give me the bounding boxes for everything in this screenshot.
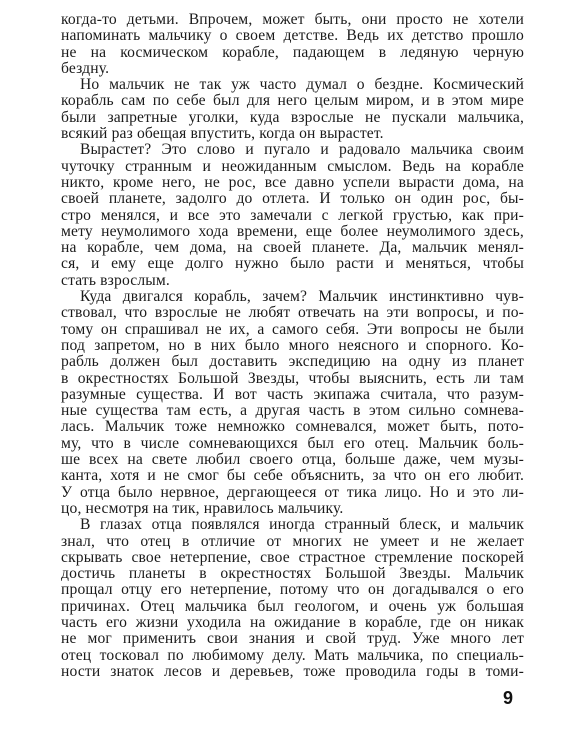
text-line: под запретом, но в них было много неясно…: [61, 338, 524, 354]
page-number: 9: [503, 688, 513, 709]
text-line: тому он спрашивал не их, а самого себя. …: [61, 322, 524, 338]
paragraph: Вырастет? Это слово и пугало и радовало …: [61, 142, 524, 289]
text-line: никто, кроме него, не рос, все давно усп…: [61, 175, 524, 191]
text-line: всякий раз обещая впустить, когда он выр…: [61, 126, 524, 142]
text-line: мету неумолимого хода времени, еще более…: [61, 224, 524, 240]
text-line: цо, несмотря на тик, нравилось мальчику.: [61, 501, 524, 517]
text-line: ные существа там есть, а другая часть в …: [61, 403, 524, 419]
paragraph: Но мальчик не так уж часто думал о бездн…: [61, 77, 524, 142]
text-line: чуточку странным и неожиданным смыслом. …: [61, 159, 524, 175]
text-line: достичь планеты в окрестностях Большой З…: [61, 566, 524, 582]
text-line: Куда двигался корабль, зачем? Мальчик ин…: [61, 289, 524, 305]
text-line: знал, что отец в отличие от многих не ум…: [61, 534, 524, 550]
text-line: в окрестностях Большой Звезды, чтобы выя…: [61, 371, 524, 387]
text-line: не мог применить свои знания и свой труд…: [61, 631, 524, 647]
paragraph: когда-то детьми. Впрочем, может быть, он…: [61, 12, 524, 77]
text-line: разумные существа. И вот часть экипажа с…: [61, 387, 524, 403]
text-line: му, что в числе сомневающихся был его от…: [61, 436, 524, 452]
book-page-text: когда-то детьми. Впрочем, может быть, он…: [61, 12, 524, 680]
text-line: причинах. Отец мальчика был геологом, и …: [61, 599, 524, 615]
text-line: ности знаток лесов и деревьев, тоже пров…: [61, 664, 524, 680]
text-line: Но мальчик не так уж часто думал о бездн…: [61, 77, 524, 93]
text-line: своей планете, задолго до отлета. И толь…: [61, 191, 524, 207]
text-line: корабль сам по себе был для него целым м…: [61, 93, 524, 109]
text-line: рабль должен был доставить экспедицию на…: [61, 354, 524, 370]
text-line: не на космическом корабле, падающем в ле…: [61, 45, 524, 61]
paragraph: В глазах отца появлялся иногда странный …: [61, 517, 524, 680]
text-line: стро менялся, и все это замечали с легко…: [61, 208, 524, 224]
paragraph: Куда двигался корабль, зачем? Мальчик ин…: [61, 289, 524, 517]
text-line: ся, и ему еще долго нужно было расти и м…: [61, 256, 524, 272]
text-line: ше всех на свете любил своего отца, боль…: [61, 452, 524, 468]
text-line: скрывать свое нетерпение, свое страстное…: [61, 550, 524, 566]
text-line: на корабле, чем дома, на своей планете. …: [61, 240, 524, 256]
text-line: были запретные уголки, куда взрослые не …: [61, 110, 524, 126]
text-line: стать взрослым.: [61, 273, 524, 289]
text-line: когда-то детьми. Впрочем, может быть, он…: [61, 12, 524, 28]
text-line: бездну.: [61, 61, 524, 77]
text-line: Вырастет? Это слово и пугало и радовало …: [61, 142, 524, 158]
text-line: канта, хотя и не смог бы себе объяснить,…: [61, 468, 524, 484]
text-line: прощал отцу его нетерпение, потому что о…: [61, 582, 524, 598]
text-line: В глазах отца появлялся иногда странный …: [61, 517, 524, 533]
text-line: напоминать мальчику о своем детстве. Вед…: [61, 28, 524, 44]
text-line: ствовал, что взрослые не любят отвечать …: [61, 305, 524, 321]
text-line: часть его жизни уходила на ожидание в ко…: [61, 615, 524, 631]
text-line: У отца было нервное, дергающееся от тика…: [61, 485, 524, 501]
text-line: отец тосковал по любимому делу. Мать мал…: [61, 648, 524, 664]
text-line: лась. Мальчик тоже немножко сомневался, …: [61, 419, 524, 435]
